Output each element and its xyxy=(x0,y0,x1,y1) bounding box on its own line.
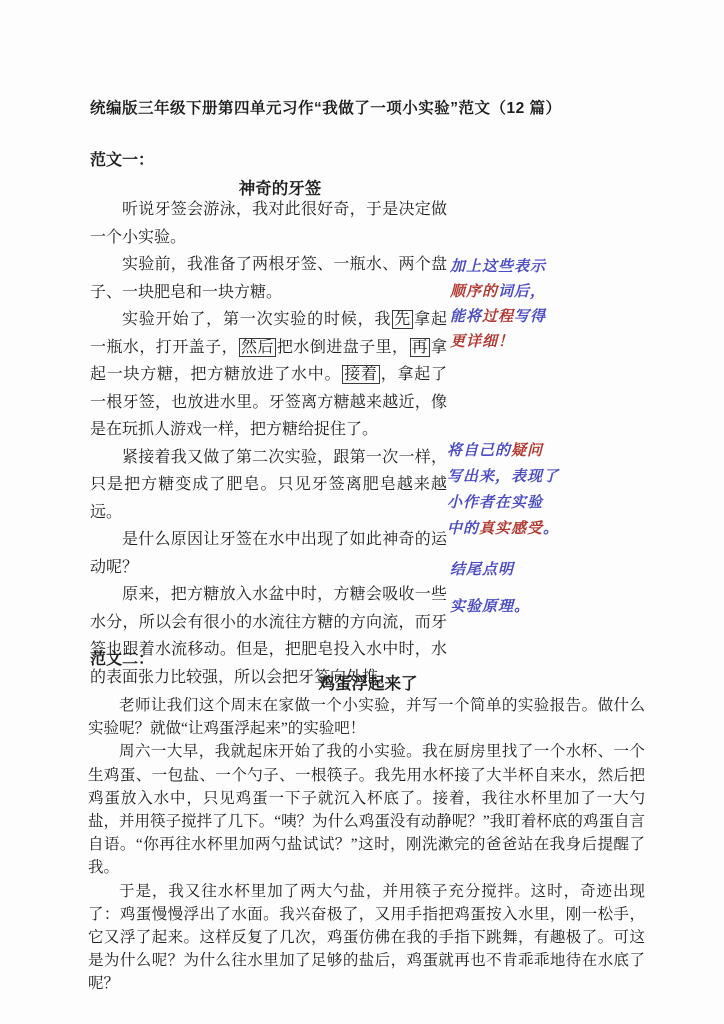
text-run: 紧接着我又做了第二次实验，跟第一次一样，只是把方糖变成了肥皂。只见牙签离肥皂越来… xyxy=(90,449,447,521)
annotation-text-blue: 结尾点明 xyxy=(450,562,514,578)
annotation-line: 更详细！ xyxy=(450,330,645,355)
annotation-text-red: 过程 xyxy=(482,309,514,325)
annotation-line: 将自己的疑问 xyxy=(447,438,642,464)
annotation-line: 中的真实感受。 xyxy=(447,516,642,542)
annotation-text-blue: 写出来，表现了 xyxy=(447,469,559,485)
annotation-line: 小作者在实验 xyxy=(447,490,642,516)
annotation-text-blue: 词后， xyxy=(498,284,546,300)
annotation-text-red: 更详细！ xyxy=(450,334,514,350)
paragraph: 是什么原因让牙签在水中出现了如此神奇的运动呢？ xyxy=(90,526,447,581)
annotation-text-blue: 将自己的 xyxy=(447,443,511,459)
paragraph: 周六一大早，我就起床开始了我的小实验。我在厨房里找了一个水杯、一个生鸡蛋、一包盐… xyxy=(88,740,645,879)
annotation-text-blue: 小作者在实验 xyxy=(447,495,543,511)
margin-annotation: 结尾点明实验原理。 xyxy=(450,552,645,626)
paragraph: 实验前，我准备了两根牙签、一瓶水、两个盘子、一块肥皂和一块方糖。 xyxy=(90,251,447,306)
annotation-line: 能将过程写得 xyxy=(450,305,645,330)
annotation-line: 加上这些表示 xyxy=(450,255,645,280)
annotation-text-blue: 写得 xyxy=(514,309,546,325)
boxed-sequence-word: 接着 xyxy=(342,365,380,384)
annotation-text-red: 顺序的 xyxy=(450,284,498,300)
margin-annotation: 加上这些表示顺序的词后，能将过程写得更详细！ xyxy=(450,255,645,355)
annotation-line: 写出来，表现了 xyxy=(447,464,642,490)
document-page: 统编版三年级下册第四单元习作“我做了一项小实验”范文（12 篇） 范文一： 神奇… xyxy=(0,0,724,1024)
essay1-label: 范文一： xyxy=(90,147,154,170)
boxed-sequence-word: 然后 xyxy=(239,338,276,357)
text-run: 实验开始了，第一次实验的时候，我 xyxy=(122,311,391,328)
annotation-text-blue: 实验原理。 xyxy=(450,599,530,615)
annotation-text-blue: 中的 xyxy=(447,521,479,537)
text-run: 把水倒进盘子里， xyxy=(277,339,409,356)
document-title: 统编版三年级下册第四单元习作“我做了一项小实验”范文（12 篇） xyxy=(90,99,650,119)
boxed-sequence-word: 先 xyxy=(392,310,413,329)
text-run: 听说牙签会游泳，我对此很好奇，于是决定做一个小实验。 xyxy=(90,201,447,246)
text-run: 是什么原因让牙签在水中出现了如此神奇的运动呢？ xyxy=(90,531,447,576)
essay2-title: 鸡蛋浮起来了 xyxy=(90,670,646,694)
annotation-line: 实验原理。 xyxy=(450,589,645,626)
text-run: 实验前，我准备了两根牙签、一瓶水、两个盘子、一块肥皂和一块方糖。 xyxy=(90,256,447,301)
annotation-text-red: 疑问 xyxy=(511,443,543,459)
essay2-label: 范文二： xyxy=(90,646,154,669)
margin-annotation: 将自己的疑问写出来，表现了小作者在实验中的真实感受。 xyxy=(447,438,642,542)
essay2-body: 老师让我们这个周末在家做一个小实验，并写一个简单的实验报告。做什么实验呢？就做“… xyxy=(88,694,645,996)
boxed-sequence-word: 再 xyxy=(410,338,430,357)
essay1-body: 听说牙签会游泳，我对此很好奇，于是决定做一个小实验。实验前，我准备了两根牙签、一… xyxy=(90,196,447,691)
annotation-line: 结尾点明 xyxy=(450,552,645,589)
paragraph: 实验开始了，第一次实验的时候，我先拿起一瓶水，打开盖子，然后把水倒进盘子里，再拿… xyxy=(90,306,447,444)
annotation-text-blue: 。 xyxy=(543,521,559,537)
annotation-text-blue: 能将 xyxy=(450,309,482,325)
paragraph: 听说牙签会游泳，我对此很好奇，于是决定做一个小实验。 xyxy=(90,196,447,251)
paragraph: 紧接着我又做了第二次实验，跟第一次一样，只是把方糖变成了肥皂。只见牙签离肥皂越来… xyxy=(90,444,447,527)
annotation-line: 顺序的词后， xyxy=(450,280,645,305)
annotation-text-blue: 加上这些表示 xyxy=(450,259,546,275)
paragraph: 于是，我又往水杯里加了两大勺盐，并用筷子充分搅拌。这时，奇迹出现了：鸡蛋慢慢浮出… xyxy=(88,880,645,996)
annotation-text-red: 真实感受 xyxy=(479,521,543,537)
paragraph: 老师让我们这个周末在家做一个小实验，并写一个简单的实验报告。做什么实验呢？就做“… xyxy=(88,694,645,740)
